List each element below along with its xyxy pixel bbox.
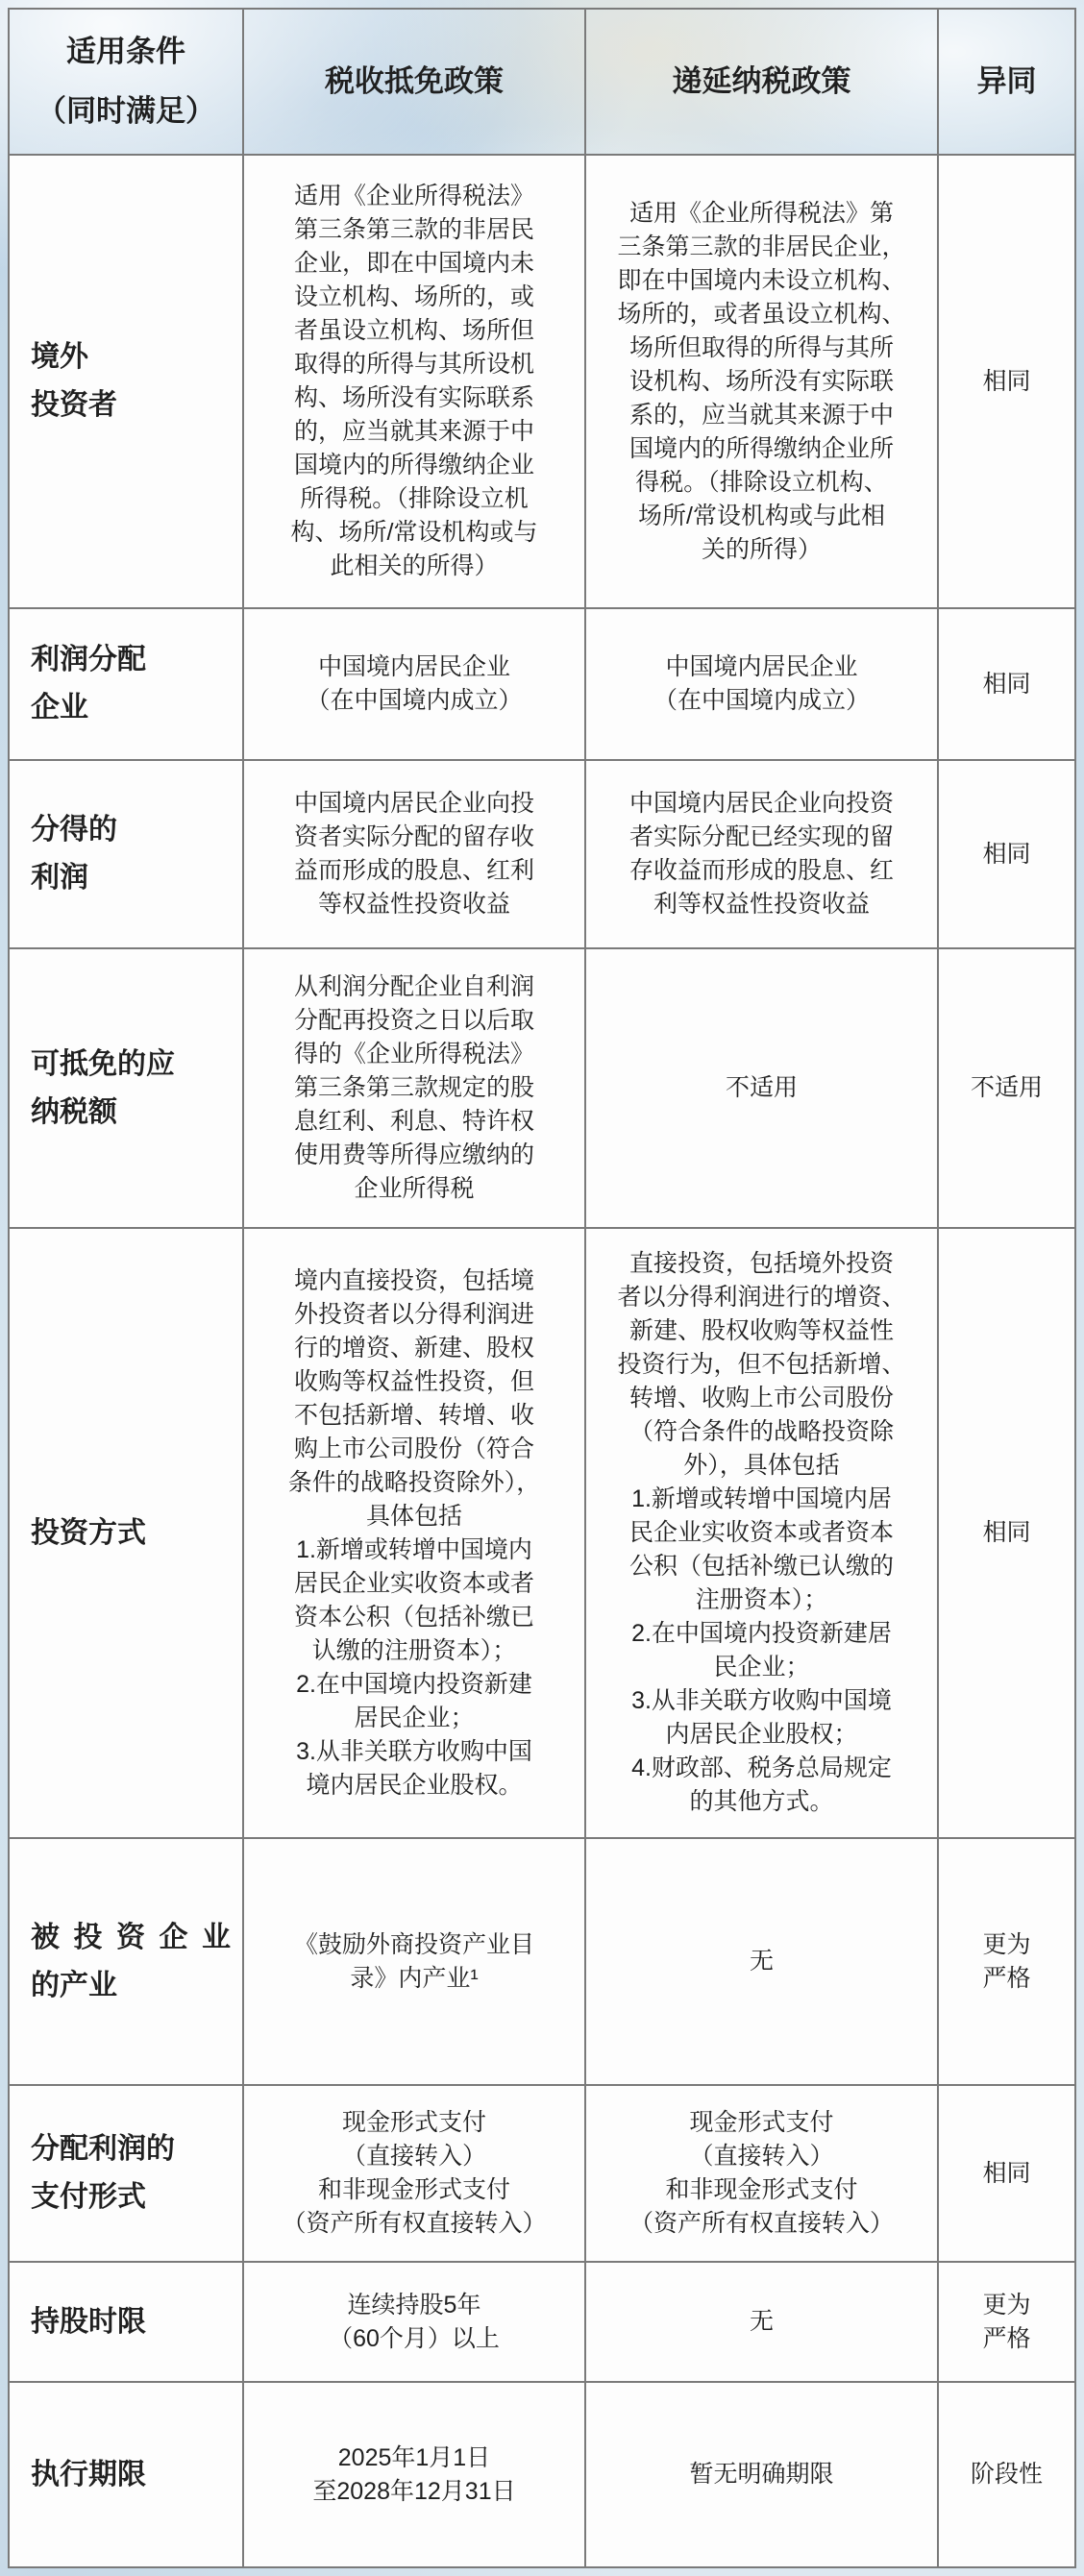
header-deferral-policy: 递延纳税政策 (585, 9, 938, 155)
comparison-cell: 相同 (938, 608, 1075, 760)
comparison-cell: 更为严格 (938, 2262, 1075, 2382)
table-row-distributed-profit: 分得的利润 中国境内居民企业向投资者实际分配的留存收益而形成的股息、红利等权益性… (9, 760, 1075, 948)
deferral-policy-cell: 中国境内居民企业向投资者实际分配已经实现的留存收益而形成的股息、红利等权益性投资… (585, 760, 938, 948)
credit-policy-cell: 现金形式支付（直接转入）和非现金形式支付（资产所有权直接转入） (243, 2085, 585, 2262)
table-row-execution-period: 执行期限 2025年1月1日至2028年12月31日 暂无明确期限 阶段性 (9, 2382, 1075, 2567)
row-label: 投资方式 (9, 1228, 243, 1838)
header-credit-policy-label: 税收抵免政策 (250, 52, 579, 111)
comparison-cell: 相同 (938, 1228, 1075, 1838)
row-label: 分配利润的支付形式 (9, 2085, 243, 2262)
deferral-policy-cell: 无 (585, 2262, 938, 2382)
table-row-payment-form: 分配利润的支付形式 现金形式支付（直接转入）和非现金形式支付（资产所有权直接转入… (9, 2085, 1075, 2262)
header-comparison-label: 异同 (945, 52, 1069, 111)
deferral-policy-cell: 无 (585, 1838, 938, 2085)
header-deferral-policy-label: 递延纳税政策 (592, 52, 931, 111)
credit-policy-cell: 适用《企业所得税法》第三条第三款的非居民企业，即在中国境内未设立机构、场所的，或… (243, 155, 585, 608)
header-row: 适用条件（同时满足） 税收抵免政策 递延纳税政策 异同 (9, 9, 1075, 155)
table-row-overseas-investor: 境外投资者 适用《企业所得税法》第三条第三款的非居民企业，即在中国境内未设立机构… (9, 155, 1075, 608)
table-row-holding-period: 持股时限 连续持股5年（60个月）以上 无 更为严格 (9, 2262, 1075, 2382)
header-condition: 适用条件（同时满足） (9, 9, 243, 155)
credit-policy-cell: 境内直接投资，包括境外投资者以分得利润进行的增资、新建、股权收购等权益性投资，但… (243, 1228, 585, 1838)
table-row-invested-industry: 被投资企业的产业 《鼓励外商投资产业目录》内产业¹ 无 更为严格 (9, 1838, 1075, 2085)
table-row-creditable-tax: 可抵免的应纳税额 从利润分配企业自利润分配再投资之日以后取得的《企业所得税法》第… (9, 948, 1075, 1228)
header-credit-policy: 税收抵免政策 (243, 9, 585, 155)
comparison-cell: 阶段性 (938, 2382, 1075, 2567)
deferral-policy-cell: 现金形式支付（直接转入）和非现金形式支付（资产所有权直接转入） (585, 2085, 938, 2262)
credit-policy-cell: 中国境内居民企业（在中国境内成立） (243, 608, 585, 760)
deferral-policy-cell: 直接投资，包括境外投资者以分得利润进行的增资、新建、股权收购等权益性投资行为，但… (585, 1228, 938, 1838)
comparison-cell: 相同 (938, 2085, 1075, 2262)
policy-comparison-sheet: 适用条件（同时满足） 税收抵免政策 递延纳税政策 异同 境外投资者 适用《企业所… (0, 0, 1084, 2576)
credit-policy-cell: 《鼓励外商投资产业目录》内产业¹ (243, 1838, 585, 2085)
deferral-policy-cell: 暂无明确期限 (585, 2382, 938, 2567)
header-comparison: 异同 (938, 9, 1075, 155)
table-row-investment-method: 投资方式 境内直接投资，包括境外投资者以分得利润进行的增资、新建、股权收购等权益… (9, 1228, 1075, 1838)
row-label: 可抵免的应纳税额 (9, 948, 243, 1228)
deferral-policy-cell: 不适用 (585, 948, 938, 1228)
row-label: 持股时限 (9, 2262, 243, 2382)
row-label: 被投资企业的产业 (9, 1838, 243, 2085)
deferral-policy-cell: 适用《企业所得税法》第三条第三款的非居民企业，即在中国境内未设立机构、场所的，或… (585, 155, 938, 608)
comparison-cell: 更为严格 (938, 1838, 1075, 2085)
comparison-cell: 相同 (938, 760, 1075, 948)
row-label: 利润分配企业 (9, 608, 243, 760)
credit-policy-cell: 2025年1月1日至2028年12月31日 (243, 2382, 585, 2567)
table-row-profit-distributing-enterprise: 利润分配企业 中国境内居民企业（在中国境内成立） 中国境内居民企业（在中国境内成… (9, 608, 1075, 760)
credit-policy-cell: 从利润分配企业自利润分配再投资之日以后取得的《企业所得税法》第三条第三款规定的股… (243, 948, 585, 1228)
row-label: 分得的利润 (9, 760, 243, 948)
comparison-cell: 相同 (938, 155, 1075, 608)
policy-comparison-table: 适用条件（同时满足） 税收抵免政策 递延纳税政策 异同 境外投资者 适用《企业所… (8, 8, 1076, 2568)
credit-policy-cell: 连续持股5年（60个月）以上 (243, 2262, 585, 2382)
row-label: 境外投资者 (9, 155, 243, 608)
row-label: 执行期限 (9, 2382, 243, 2567)
comparison-cell: 不适用 (938, 948, 1075, 1228)
credit-policy-cell: 中国境内居民企业向投资者实际分配的留存收益而形成的股息、红利等权益性投资收益 (243, 760, 585, 948)
deferral-policy-cell: 中国境内居民企业（在中国境内成立） (585, 608, 938, 760)
